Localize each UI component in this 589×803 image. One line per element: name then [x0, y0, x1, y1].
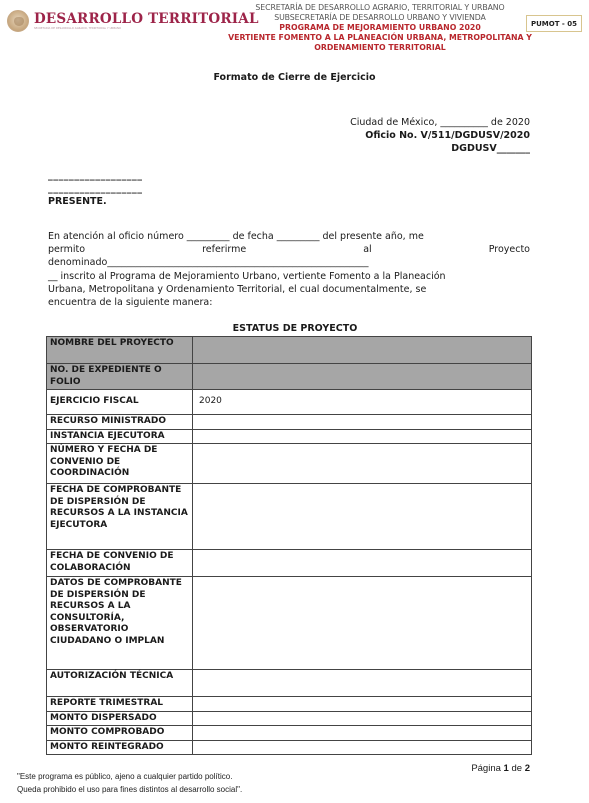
table-row: NÚMERO Y FECHA DE CONVENIO DE COORDINACI…	[47, 444, 532, 484]
national-seal-icon	[7, 10, 29, 32]
row-value[interactable]	[193, 364, 532, 390]
paragraph-line: Urbana, Metropolitana y Ordenamiento Ter…	[48, 283, 530, 296]
paragraph-line: denominado______________________________…	[48, 256, 530, 269]
table-row: RECURSO MINISTRADO	[47, 415, 532, 430]
place-date: Ciudad de México, __________ de 2020	[350, 116, 530, 129]
presente-label: PRESENTE.	[48, 196, 107, 207]
row-value[interactable]	[193, 577, 532, 670]
table-row: NOMBRE DEL PROYECTO	[47, 337, 532, 364]
header-vertiente: VERTIENTE FOMENTO A LA PLANEACIÓN URBANA…	[228, 33, 532, 43]
header-secretaria: SECRETARÍA DE DESARROLLO AGRARIO, TERRIT…	[228, 3, 532, 13]
row-label: EJERCICIO FISCAL	[47, 390, 193, 415]
row-value[interactable]	[193, 711, 532, 726]
table-row: REPORTE TRIMESTRAL	[47, 697, 532, 712]
row-value[interactable]: 2020	[193, 390, 532, 415]
logo-title: DESARROLLO TERRITORIAL	[34, 12, 259, 27]
row-value[interactable]	[193, 484, 532, 550]
project-status-table: NOMBRE DEL PROYECTONO. DE EXPEDIENTE O F…	[46, 336, 532, 755]
paragraph-line: __ inscrito al Programa de Mejoramiento …	[48, 270, 530, 283]
row-label: RECURSO MINISTRADO	[47, 415, 193, 430]
table-row: MONTO COMPROBADO	[47, 726, 532, 741]
header-subsecretaria: SUBSECRETARÍA DE DESARROLLO URBANO Y VIV…	[228, 13, 532, 23]
row-value[interactable]	[193, 726, 532, 741]
document-title: Formato de Cierre de Ejercicio	[0, 72, 589, 83]
row-value[interactable]	[193, 670, 532, 697]
page-number: Página 1 de 2	[471, 763, 530, 774]
row-label: AUTORIZACIÓN TÉCNICA	[47, 670, 193, 697]
table-row: EJERCICIO FISCAL2020	[47, 390, 532, 415]
paragraph-line: permito referirme al Proyecto	[48, 243, 530, 256]
recipient-name-blank: __________________	[48, 170, 143, 181]
table-row: FECHA DE COMPROBANTE DE DISPERSIÓN DE RE…	[47, 484, 532, 550]
body-paragraph: En atención al oficio número _________ d…	[48, 230, 530, 309]
header-agency-lines: SECRETARÍA DE DESARROLLO AGRARIO, TERRIT…	[228, 3, 532, 53]
total-pages: 2	[525, 763, 530, 774]
row-label: REPORTE TRIMESTRAL	[47, 697, 193, 712]
row-label: MONTO COMPROBADO	[47, 726, 193, 741]
row-label: FECHA DE COMPROBANTE DE DISPERSIÓN DE RE…	[47, 484, 193, 550]
row-value[interactable]	[193, 550, 532, 577]
row-label: NÚMERO Y FECHA DE CONVENIO DE COORDINACI…	[47, 444, 193, 484]
dgdusv-field: DGDUSV_______	[350, 142, 530, 155]
table-row: NO. DE EXPEDIENTE O FOLIO	[47, 364, 532, 390]
agency-logo: DESARROLLO TERRITORIAL SECRETARÍA DE DES…	[7, 10, 259, 32]
row-label: NOMBRE DEL PROYECTO	[47, 337, 193, 364]
table-row: MONTO DISPERSADO	[47, 711, 532, 726]
table-row: FECHA DE CONVENIO DE COLABORACIÓN	[47, 550, 532, 577]
row-label: FECHA DE CONVENIO DE COLABORACIÓN	[47, 550, 193, 577]
footer-disclaimer: "Este programa es público, ajeno a cualq…	[17, 770, 242, 796]
logo-subtitle: SECRETARÍA DE DESARROLLO AGRARIO, TERRIT…	[34, 27, 259, 31]
row-value[interactable]	[193, 415, 532, 430]
row-label: MONTO REINTEGRADO	[47, 740, 193, 755]
recipient-title-blank: __________________	[48, 183, 143, 194]
page-header: DESARROLLO TERRITORIAL SECRETARÍA DE DES…	[0, 0, 589, 60]
row-value[interactable]	[193, 337, 532, 364]
form-code-badge: PUMOT - 05	[526, 15, 582, 32]
row-label: NO. DE EXPEDIENTE O FOLIO	[47, 364, 193, 390]
header-programa: PROGRAMA DE MEJORAMIENTO URBANO 2020	[228, 23, 532, 33]
row-label: DATOS DE COMPROBANTE DE DISPERSIÓN DE RE…	[47, 577, 193, 670]
row-value[interactable]	[193, 444, 532, 484]
table-row: INSTANCIA EJECUTORA	[47, 429, 532, 444]
row-value[interactable]	[193, 429, 532, 444]
paragraph-line: En atención al oficio número _________ d…	[48, 230, 530, 243]
table-row: MONTO REINTEGRADO	[47, 740, 532, 755]
table-row: DATOS DE COMPROBANTE DE DISPERSIÓN DE RE…	[47, 577, 532, 670]
reference-block: Ciudad de México, __________ de 2020 Ofi…	[350, 116, 530, 155]
oficio-number: Oficio No. V/511/DGDUSV/2020	[350, 129, 530, 142]
paragraph-line: encuentra de la siguiente manera:	[48, 296, 530, 309]
header-ordenamiento: ORDENAMIENTO TERRITORIAL	[228, 43, 532, 53]
row-label: INSTANCIA EJECUTORA	[47, 429, 193, 444]
row-value[interactable]	[193, 740, 532, 755]
row-label: MONTO DISPERSADO	[47, 711, 193, 726]
table-row: AUTORIZACIÓN TÉCNICA	[47, 670, 532, 697]
status-table-title: ESTATUS DE PROYECTO	[40, 323, 550, 334]
row-value[interactable]	[193, 697, 532, 712]
